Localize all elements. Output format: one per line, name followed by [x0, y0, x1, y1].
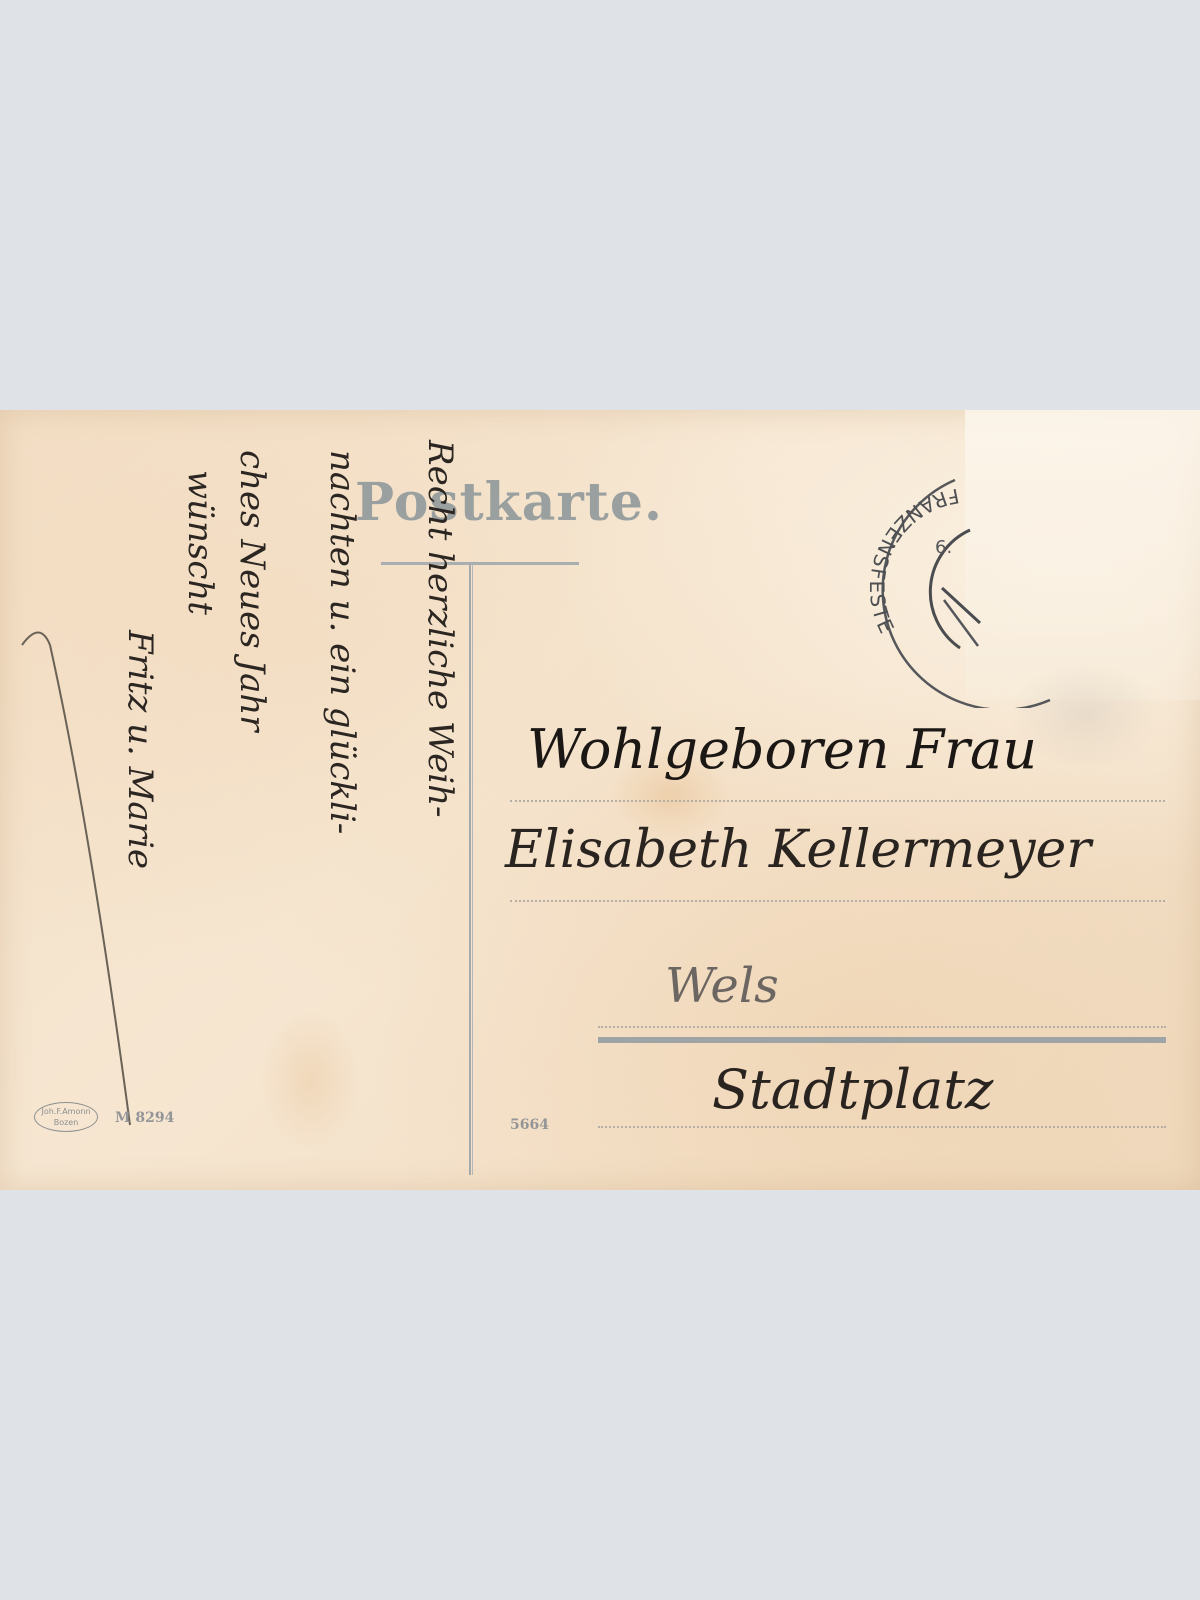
publisher-mark: Joh.F.Amonn Bozen: [34, 1102, 98, 1132]
address-street: Stadtplatz: [712, 1058, 993, 1121]
message-line: wünscht: [180, 470, 220, 615]
address-city: Wels: [665, 958, 779, 1014]
series-number: 5664: [510, 1117, 549, 1133]
postmark-icon: FRANZENSFESTE 6.: [860, 468, 1090, 708]
message-line: Recht herzliche Weih-: [420, 440, 460, 818]
pen-flourish: [20, 625, 150, 1135]
svg-text:FRANZENSFESTE: FRANZENSFESTE: [865, 484, 961, 639]
handwritten-message: Recht herzliche Weih- nachten u. ein glü…: [100, 440, 460, 1140]
message-line: nachten u. ein glückli-: [322, 450, 362, 834]
vertical-divider: [469, 565, 473, 1175]
svg-text:6.: 6.: [935, 537, 952, 558]
publisher-city: Bozen: [35, 1117, 97, 1128]
address-rule: [598, 1037, 1166, 1043]
address-salutation: Wohlgeboren Frau: [527, 718, 1037, 781]
address-line: [510, 800, 1165, 802]
address-line: [510, 900, 1165, 902]
message-line: ches Neues Jahr: [232, 450, 272, 732]
address-recipient: Elisabeth Kellermeyer: [505, 820, 1091, 880]
postcard: Postkarte. FRANZENSFESTE 6. Recht herzli…: [0, 410, 1200, 1190]
address-line: [598, 1126, 1166, 1128]
publisher-name: Joh.F.Amonn: [35, 1106, 97, 1117]
address-line: [598, 1026, 1166, 1028]
catalog-number: M 8294: [115, 1110, 174, 1126]
